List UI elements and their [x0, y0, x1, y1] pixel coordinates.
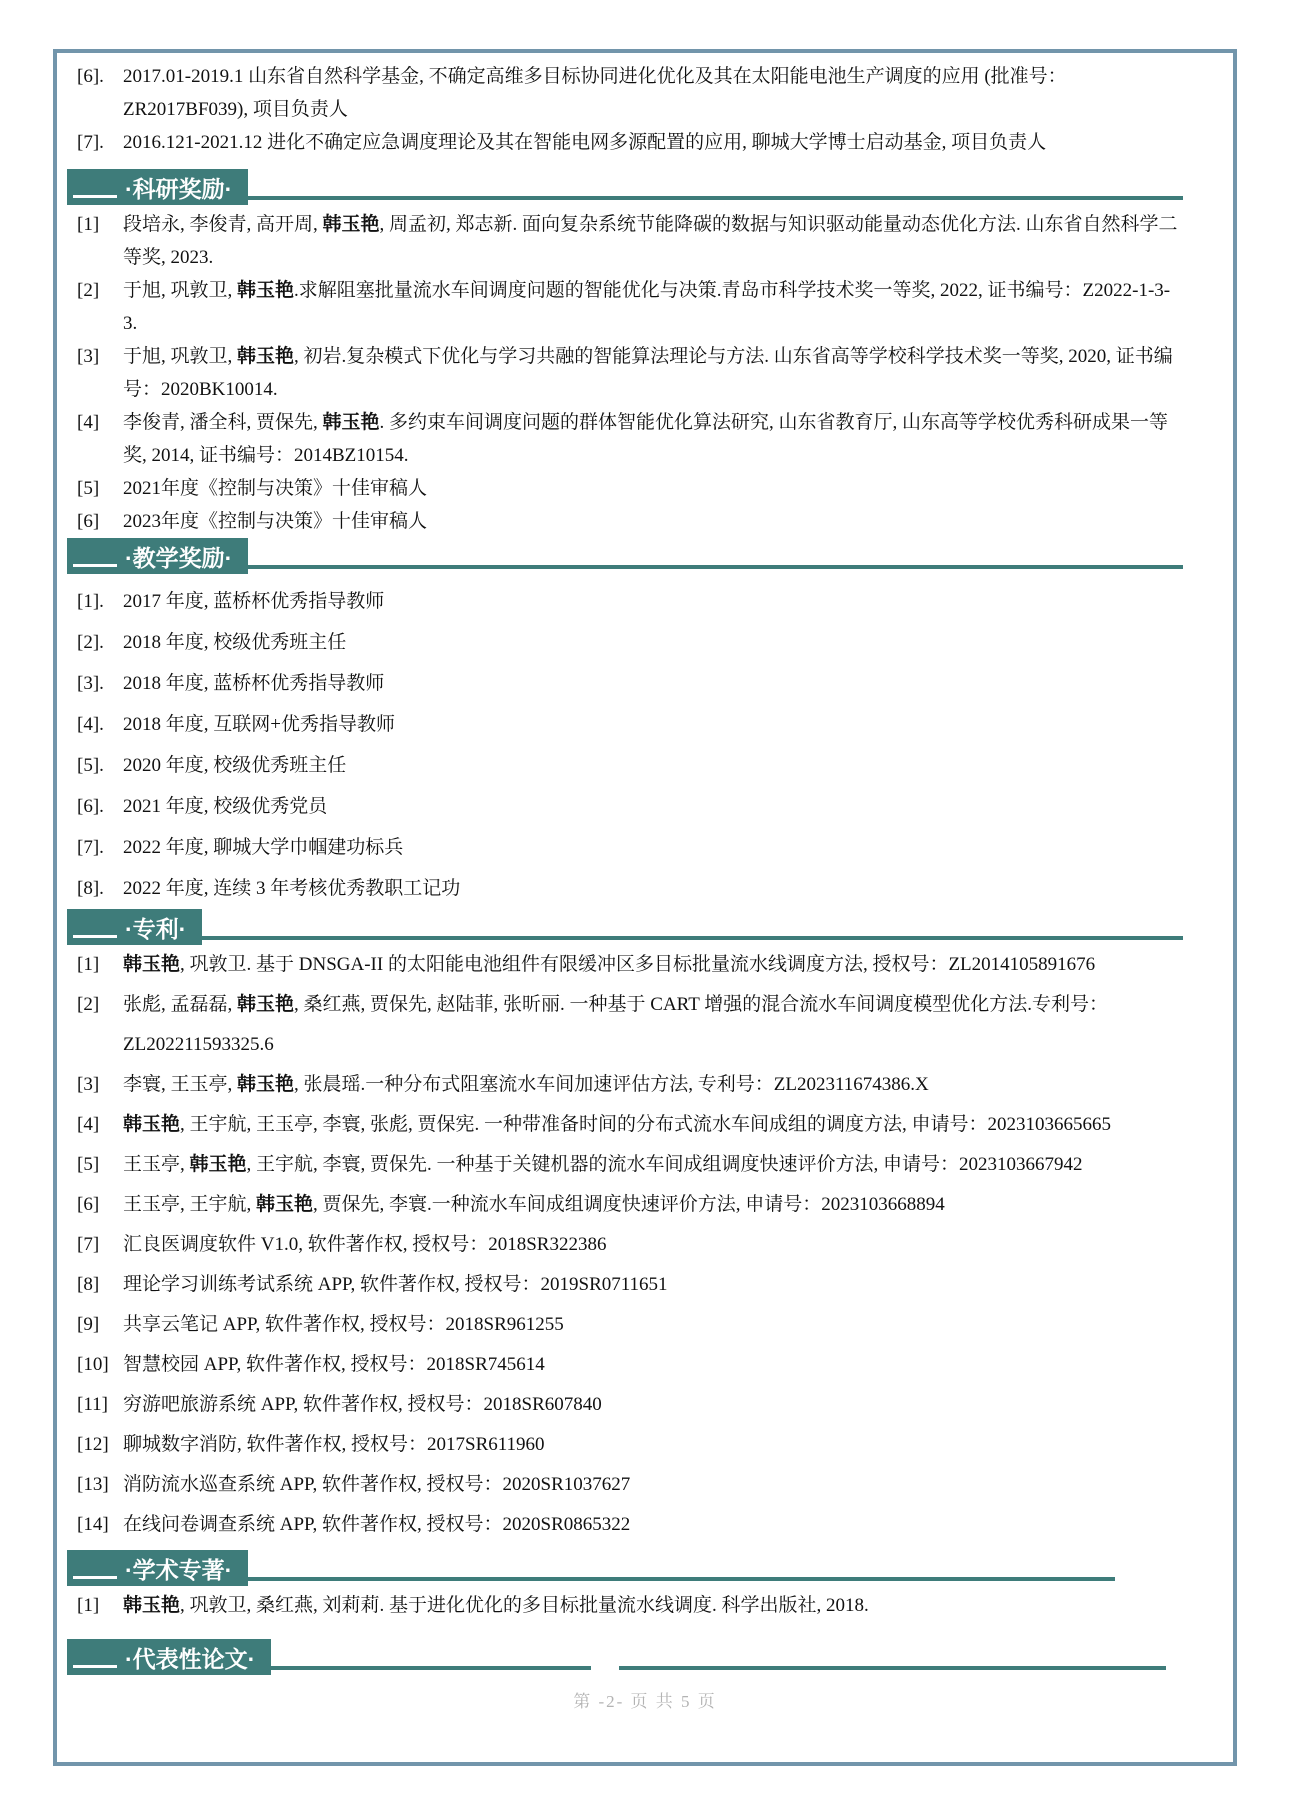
- underscore-decoration: [73, 564, 117, 567]
- item-number: [9]: [77, 1305, 123, 1345]
- section-items: [6].2017.01-2019.1 山东省自然科学基金, 不确定高维多目标协同…: [77, 60, 1183, 159]
- item-text: 共享云笔记 APP, 软件著作权, 授权号：2018SR961255: [123, 1314, 564, 1335]
- list-item: [6].2021 年度, 校级优秀党员: [77, 786, 1183, 827]
- list-item: [4]李俊青, 潘全科, 贾保先, 韩玉艳. 多约束车间调度问题的群体智能优化算…: [77, 406, 1183, 472]
- item-text: 段培永, 李俊青, 高开周, 韩玉艳, 周孟初, 郑志新. 面向复杂系统节能降碳…: [123, 214, 1178, 268]
- list-item: [6]2023年度《控制与决策》十佳审稿人: [77, 505, 1183, 538]
- section-title: ·专利·: [125, 911, 186, 944]
- list-item: [9]共享云笔记 APP, 软件著作权, 授权号：2018SR961255: [77, 1305, 1183, 1345]
- list-item: [4]韩玉艳, 王宇航, 王玉亭, 李寰, 张彪, 贾保宪. 一种带准备时间的分…: [77, 1105, 1183, 1145]
- list-item: [1]韩玉艳, 巩敦卫. 基于 DNSGA-II 的太阳能电池组件有限缓冲区多目…: [77, 945, 1183, 985]
- item-text: 2021 年度, 校级优秀党员: [123, 796, 327, 817]
- item-text: 于旭, 巩敦卫, 韩玉艳, 初岩.复杂模式下优化与学习共融的智能算法理论与方法.…: [123, 346, 1173, 400]
- section-items: [1]韩玉艳, 巩敦卫. 基于 DNSGA-II 的太阳能电池组件有限缓冲区多目…: [77, 945, 1183, 1545]
- list-item: [14]在线问卷调查系统 APP, 软件著作权, 授权号：2020SR08653…: [77, 1505, 1183, 1545]
- section-title: ·教学奖励·: [125, 540, 232, 573]
- item-number: [2]: [77, 985, 123, 1025]
- list-item: [1]段培永, 李俊青, 高开周, 韩玉艳, 周孟初, 郑志新. 面向复杂系统节…: [77, 208, 1183, 274]
- section-rule: [248, 1577, 1115, 1581]
- section-rule-segment: [271, 1666, 591, 1670]
- item-number: [2]: [77, 274, 123, 307]
- item-text: 2021年度《控制与决策》十佳审稿人: [123, 478, 427, 499]
- list-item: [6]王玉亭, 王宇航, 韩玉艳, 贾保先, 李寰.一种流水车间成组调度快速评价…: [77, 1185, 1183, 1225]
- section-teaching-awards: ·教学奖励·[1].2017 年度, 蓝桥杯优秀指导教师[2].2018 年度,…: [77, 538, 1183, 909]
- section-header: ·代表性论文·: [67, 1639, 1183, 1675]
- section-monographs: ·学术专著·[1]韩玉艳, 巩敦卫, 桑红燕, 刘莉莉. 基于进化优化的多目标批…: [77, 1550, 1183, 1626]
- item-text: 2022 年度, 聊城大学巾帼建功标兵: [123, 837, 403, 858]
- list-item: [12]聊城数字消防, 软件著作权, 授权号：2017SR611960: [77, 1425, 1183, 1465]
- item-text: 在线问卷调查系统 APP, 软件著作权, 授权号：2020SR0865322: [123, 1514, 630, 1535]
- list-item: [2]张彪, 孟磊磊, 韩玉艳, 桑红燕, 贾保先, 赵陆菲, 张昕丽. 一种基…: [77, 985, 1183, 1065]
- list-item: [8]理论学习训练考试系统 APP, 软件著作权, 授权号：2019SR0711…: [77, 1265, 1183, 1305]
- list-item: [7].2016.121-2021.12 进化不确定应急调度理论及其在智能电网多…: [77, 126, 1183, 159]
- list-item: [1]韩玉艳, 巩敦卫, 桑红燕, 刘莉莉. 基于进化优化的多目标批量流水线调度…: [77, 1586, 1183, 1626]
- section-papers: ·代表性论文·: [77, 1639, 1183, 1675]
- item-number: [2].: [77, 622, 123, 663]
- cv-content: [6].2017.01-2019.1 山东省自然科学基金, 不确定高维多目标协同…: [77, 60, 1183, 1675]
- list-item: [7].2022 年度, 聊城大学巾帼建功标兵: [77, 827, 1183, 868]
- item-number: [3]: [77, 340, 123, 373]
- section-title-box: ·代表性论文·: [67, 1639, 271, 1675]
- item-number: [3]: [77, 1065, 123, 1105]
- item-text: 2018 年度, 蓝桥杯优秀指导教师: [123, 673, 384, 694]
- item-number: [1]: [77, 945, 123, 985]
- item-text: 2016.121-2021.12 进化不确定应急调度理论及其在智能电网多源配置的…: [123, 132, 1046, 153]
- section-title-box: ·学术专著·: [67, 1550, 248, 1586]
- list-item: [2].2018 年度, 校级优秀班主任: [77, 622, 1183, 663]
- underscore-decoration: [73, 195, 117, 198]
- list-item: [3].2018 年度, 蓝桥杯优秀指导教师: [77, 663, 1183, 704]
- item-number: [4]: [77, 1105, 123, 1145]
- section-patents: ·专利·[1]韩玉艳, 巩敦卫. 基于 DNSGA-II 的太阳能电池组件有限缓…: [77, 909, 1183, 1545]
- section-title: ·学术专著·: [125, 1552, 232, 1585]
- item-text: 2018 年度, 互联网+优秀指导教师: [123, 714, 395, 735]
- section-items: [1].2017 年度, 蓝桥杯优秀指导教师[2].2018 年度, 校级优秀班…: [77, 581, 1183, 909]
- item-number: [8]: [77, 1265, 123, 1305]
- item-number: [1]: [77, 208, 123, 241]
- list-item: [5].2020 年度, 校级优秀班主任: [77, 745, 1183, 786]
- item-number: [3].: [77, 663, 123, 704]
- item-number: [4]: [77, 406, 123, 439]
- item-text: 穷游吧旅游系统 APP, 软件著作权, 授权号：2018SR607840: [123, 1394, 602, 1415]
- section-items: [1]韩玉艳, 巩敦卫, 桑红燕, 刘莉莉. 基于进化优化的多目标批量流水线调度…: [77, 1586, 1183, 1626]
- underscore-decoration: [73, 1576, 117, 1579]
- section-title-box: ·教学奖励·: [67, 538, 248, 574]
- item-text: 韩玉艳, 巩敦卫. 基于 DNSGA-II 的太阳能电池组件有限缓冲区多目标批量…: [123, 954, 1095, 975]
- item-number: [6].: [77, 786, 123, 827]
- list-item: [3]李寰, 王玉亭, 韩玉艳, 张晨瑶.一种分布式阻塞流水车间加速评估方法, …: [77, 1065, 1183, 1105]
- section-rule: [248, 565, 1183, 569]
- list-item: [1].2017 年度, 蓝桥杯优秀指导教师: [77, 581, 1183, 622]
- item-number: [7].: [77, 827, 123, 868]
- item-text: 韩玉艳, 王宇航, 王玉亭, 李寰, 张彪, 贾保宪. 一种带准备时间的分布式流…: [123, 1114, 1111, 1135]
- section-header: ·学术专著·: [67, 1550, 1183, 1586]
- item-number: [5].: [77, 745, 123, 786]
- item-number: [8].: [77, 868, 123, 909]
- item-number: [10]: [77, 1345, 123, 1385]
- section-header: ·专利·: [67, 909, 1183, 945]
- section-title-box: ·专利·: [67, 909, 202, 945]
- item-number: [6]: [77, 1185, 123, 1225]
- item-text: 2020 年度, 校级优秀班主任: [123, 755, 346, 776]
- item-text: 消防流水巡查系统 APP, 软件著作权, 授权号：2020SR1037627: [123, 1474, 630, 1495]
- item-number: [13]: [77, 1465, 123, 1505]
- item-number: [7]: [77, 1225, 123, 1265]
- list-item: [5]2021年度《控制与决策》十佳审稿人: [77, 472, 1183, 505]
- section-header: ·教学奖励·: [67, 538, 1183, 574]
- item-text: 2018 年度, 校级优秀班主任: [123, 632, 346, 653]
- section-title-box: ·科研奖励·: [67, 169, 248, 205]
- list-item: [6].2017.01-2019.1 山东省自然科学基金, 不确定高维多目标协同…: [77, 60, 1183, 126]
- list-item: [7]汇良医调度软件 V1.0, 软件著作权, 授权号：2018SR322386: [77, 1225, 1183, 1265]
- item-number: [4].: [77, 704, 123, 745]
- section-research-awards: ·科研奖励·[1]段培永, 李俊青, 高开周, 韩玉艳, 周孟初, 郑志新. 面…: [77, 169, 1183, 538]
- item-text: 于旭, 巩敦卫, 韩玉艳.求解阻塞批量流水车间调度问题的智能优化与决策.青岛市科…: [123, 280, 1170, 334]
- item-text: 李俊青, 潘全科, 贾保先, 韩玉艳. 多约束车间调度问题的群体智能优化算法研究…: [123, 412, 1168, 466]
- list-item: [5]王玉亭, 韩玉艳, 王宇航, 李寰, 贾保先. 一种基于关键机器的流水车间…: [77, 1145, 1183, 1185]
- item-text: 聊城数字消防, 软件著作权, 授权号：2017SR611960: [123, 1434, 545, 1455]
- item-number: [6].: [77, 60, 123, 93]
- item-text: 2022 年度, 连续 3 年考核优秀教职工记功: [123, 878, 460, 899]
- section-title: ·代表性论文·: [125, 1641, 255, 1674]
- section-items: [1]段培永, 李俊青, 高开周, 韩玉艳, 周孟初, 郑志新. 面向复杂系统节…: [77, 208, 1183, 538]
- list-item: [8].2022 年度, 连续 3 年考核优秀教职工记功: [77, 868, 1183, 909]
- item-number: [5]: [77, 472, 123, 505]
- section-rule: [202, 936, 1183, 940]
- list-item: [3]于旭, 巩敦卫, 韩玉艳, 初岩.复杂模式下优化与学习共融的智能算法理论与…: [77, 340, 1183, 406]
- item-text: 2017 年度, 蓝桥杯优秀指导教师: [123, 591, 384, 612]
- item-number: [5]: [77, 1145, 123, 1185]
- item-text: 王玉亭, 韩玉艳, 王宇航, 李寰, 贾保先. 一种基于关键机器的流水车间成组调…: [123, 1154, 1083, 1175]
- item-text: 理论学习训练考试系统 APP, 软件著作权, 授权号：2019SR0711651: [123, 1274, 668, 1295]
- item-text: 汇良医调度软件 V1.0, 软件著作权, 授权号：2018SR322386: [123, 1234, 606, 1255]
- section-funding-continued: [6].2017.01-2019.1 山东省自然科学基金, 不确定高维多目标协同…: [77, 60, 1183, 159]
- section-title: ·科研奖励·: [125, 171, 232, 204]
- item-text: 李寰, 王玉亭, 韩玉艳, 张晨瑶.一种分布式阻塞流水车间加速评估方法, 专利号…: [123, 1074, 929, 1095]
- underscore-decoration: [73, 935, 117, 938]
- item-number: [11]: [77, 1385, 123, 1425]
- item-text: 智慧校园 APP, 软件著作权, 授权号：2018SR745614: [123, 1354, 545, 1375]
- underscore-decoration: [73, 1665, 117, 1668]
- item-number: [6]: [77, 505, 123, 538]
- item-number: [1].: [77, 581, 123, 622]
- page-number: 第 -2- 页 共 5 页: [0, 1687, 1290, 1712]
- cv-page: [6].2017.01-2019.1 山东省自然科学基金, 不确定高维多目标协同…: [0, 0, 1290, 1819]
- item-number: [7].: [77, 126, 123, 159]
- section-rule-segment: [619, 1666, 1166, 1670]
- item-number: [14]: [77, 1505, 123, 1545]
- list-item: [11]穷游吧旅游系统 APP, 软件著作权, 授权号：2018SR607840: [77, 1385, 1183, 1425]
- item-text: 2023年度《控制与决策》十佳审稿人: [123, 511, 427, 532]
- item-text: 王玉亭, 王宇航, 韩玉艳, 贾保先, 李寰.一种流水车间成组调度快速评价方法,…: [123, 1194, 945, 1215]
- list-item: [13]消防流水巡查系统 APP, 软件著作权, 授权号：2020SR10376…: [77, 1465, 1183, 1505]
- item-text: 2017.01-2019.1 山东省自然科学基金, 不确定高维多目标协同进化优化…: [123, 66, 1067, 120]
- list-item: [4].2018 年度, 互联网+优秀指导教师: [77, 704, 1183, 745]
- item-text: 韩玉艳, 巩敦卫, 桑红燕, 刘莉莉. 基于进化优化的多目标批量流水线调度. 科…: [123, 1595, 869, 1616]
- item-number: [1]: [77, 1586, 123, 1626]
- section-header: ·科研奖励·: [67, 169, 1183, 205]
- list-item: [10]智慧校园 APP, 软件著作权, 授权号：2018SR745614: [77, 1345, 1183, 1385]
- item-number: [12]: [77, 1425, 123, 1465]
- item-text: 张彪, 孟磊磊, 韩玉艳, 桑红燕, 贾保先, 赵陆菲, 张昕丽. 一种基于 C…: [123, 994, 1108, 1055]
- section-rule: [248, 196, 1183, 200]
- list-item: [2]于旭, 巩敦卫, 韩玉艳.求解阻塞批量流水车间调度问题的智能优化与决策.青…: [77, 274, 1183, 340]
